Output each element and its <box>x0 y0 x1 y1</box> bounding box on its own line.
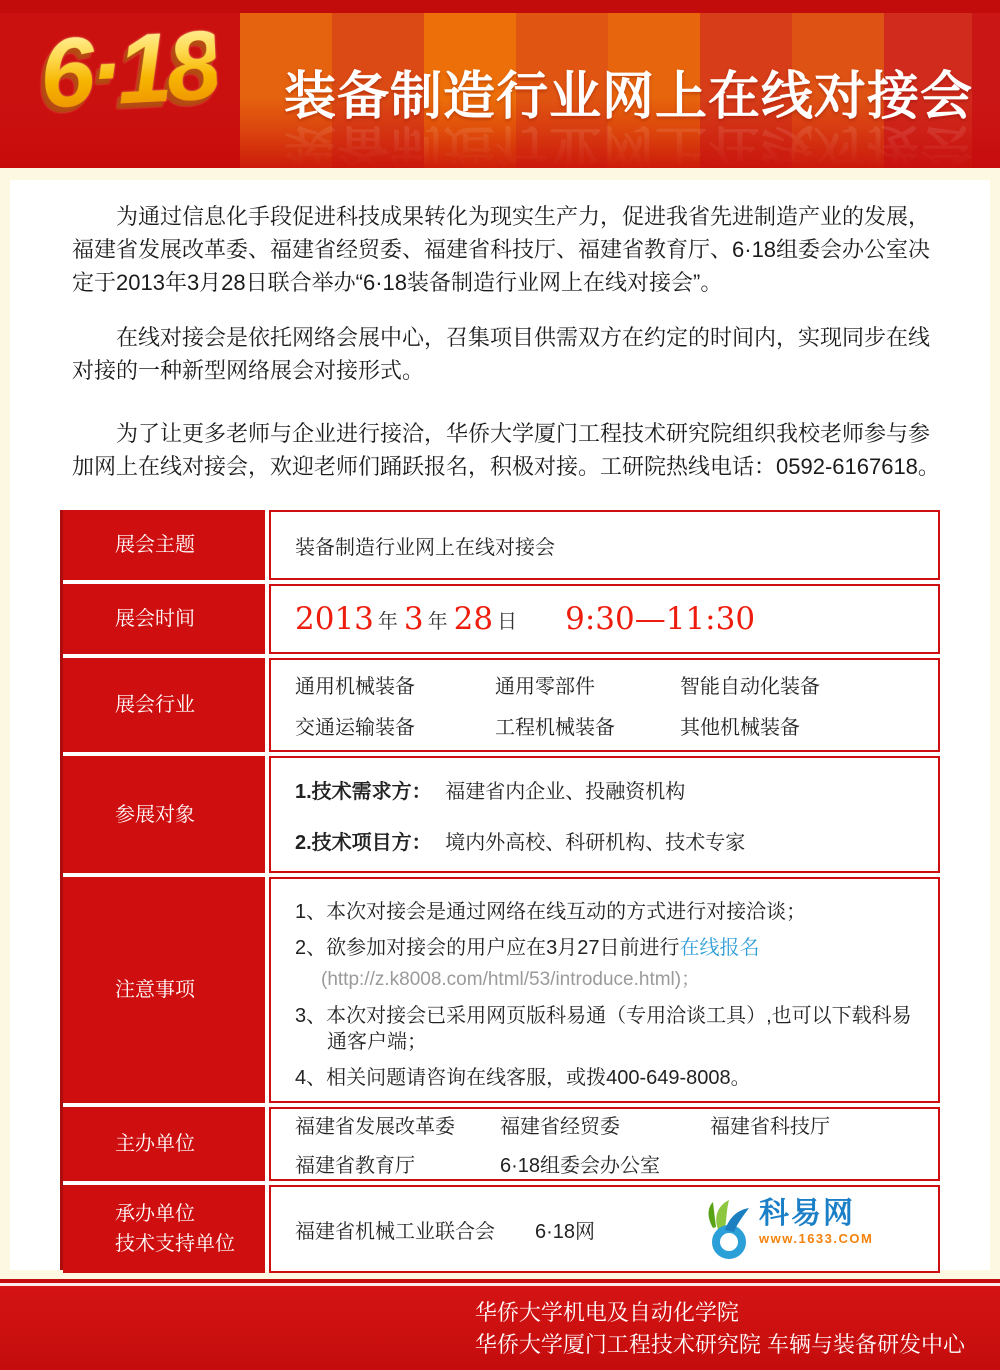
row-value-participants: 1.技术需求方： 福建省内企业、投融资机构 2.技术项目方： 境内外高校、科研机… <box>269 756 940 873</box>
undertaker-item-1: 福建省机械工业联合会 <box>295 1215 535 1244</box>
keyiwang-logo-text: 科易网 www.1633.COM <box>759 1198 873 1246</box>
participant-body-1: 福建省内企业、投融资机构 <box>445 781 685 803</box>
notice-item-2-text: 2、欲参加对接会的用户应在3月27日前进行 <box>295 937 680 959</box>
row-value-notes: 1、本次对接会是通过网络在线互动的方式进行对接洽谈； 2、欲参加对接会的用户应在… <box>269 877 940 1103</box>
table-row-theme: 展会主题 装备制造行业网上在线对接会 <box>63 510 940 580</box>
keyiwang-logo: 科易网 www.1633.COM <box>705 1198 873 1260</box>
event-info-table: 展会主题 装备制造行业网上在线对接会 展会时间 2013 年 3 年 28 日 <box>60 510 940 1273</box>
participant-line-2: 2.技术项目方： 境内外高校、科研机构、技术专家 <box>295 826 938 855</box>
participant-line-1: 1.技术需求方： 福建省内企业、投融资机构 <box>295 775 938 804</box>
header-banner: 装备制造行业网上在线对接会 6·18 装备制造行业网上在线对接会 <box>0 0 1000 168</box>
date-year: 2013 <box>295 601 374 637</box>
table-row-undertaker: 承办单位 技术支持单位 福建省机械工业联合会 6·18网 <box>63 1185 940 1273</box>
footer-line-2: 华侨大学厦门工程技术研究院 车辆与装备研发中心 <box>475 1329 965 1361</box>
table-row-organizers: 主办单位 福建省发展改革委 福建省经贸委 福建省科技厅 福建省教育厅 6·18组… <box>63 1107 940 1181</box>
date-year-unit: 年 <box>378 605 398 634</box>
notice-item-3: 3、本次对接会已采用网页版科易通（专用洽谈工具）,也可以下载科易通客户端； <box>295 1003 918 1055</box>
keyiwang-logo-icon <box>705 1198 755 1260</box>
row-value-industry: 通用机械装备 通用零部件 智能自动化装备 交通运输装备 工程机械装备 其他机械装… <box>269 658 940 752</box>
organizer-item: 福建省经贸委 <box>500 1110 710 1139</box>
intro-paragraph-1: 为通过信息化手段促进科技成果转化为现实生产力，促进我省先进制造产业的发展，福建省… <box>72 200 942 299</box>
content-panel: 为通过信息化手段促进科技成果转化为现实生产力，促进我省先进制造产业的发展，福建省… <box>10 180 990 1270</box>
table-row-industry: 展会行业 通用机械装备 通用零部件 智能自动化装备 交通运输装备 工程机械装备 … <box>63 658 940 752</box>
intro-section: 为通过信息化手段促进科技成果转化为现实生产力，促进我省先进制造产业的发展，福建省… <box>10 180 990 483</box>
date-month-unit: 年 <box>428 605 448 634</box>
organizer-item: 福建省科技厅 <box>710 1110 938 1139</box>
footer-banner: 华侨大学机电及自动化学院 华侨大学厦门工程技术研究院 车辆与装备研发中心 <box>0 1286 1000 1370</box>
industry-item: 通用机械装备 <box>295 670 495 699</box>
participant-head-1: 1.技术需求方： <box>295 781 432 803</box>
row-value-time: 2013 年 3 年 28 日 9:30—11:30 <box>269 584 940 654</box>
organizer-item <box>710 1149 938 1178</box>
table-row-participants: 参展对象 1.技术需求方： 福建省内企业、投融资机构 2.技术项目方： 境内外高… <box>63 756 940 873</box>
undertaker-label-line1: 承办单位 <box>115 1199 265 1229</box>
industry-item: 交通运输装备 <box>295 711 495 740</box>
notice-item-1: 1、本次对接会是通过网络在线互动的方式进行对接洽谈； <box>295 899 918 925</box>
participant-head-2: 2.技术项目方： <box>295 832 432 854</box>
618-gold-logo: 6·18 <box>38 15 219 122</box>
notice-item-4: 4、相关问题请咨询在线客服，或拨400-649-8008。 <box>295 1065 918 1091</box>
row-value-undertaker: 福建省机械工业联合会 6·18网 科易网 www.1633.COM <box>269 1185 940 1273</box>
organizer-item: 6·18组委会办公室 <box>500 1149 710 1178</box>
participant-body-2: 境内外高校、科研机构、技术专家 <box>445 832 745 854</box>
industry-item: 通用零部件 <box>495 670 680 699</box>
row-label-organizers: 主办单位 <box>63 1107 265 1181</box>
organizer-item: 福建省教育厅 <box>295 1149 500 1178</box>
industry-item: 智能自动化装备 <box>680 670 938 699</box>
row-value-theme: 装备制造行业网上在线对接会 <box>269 510 940 580</box>
time-range: 9:30—11:30 <box>565 601 755 637</box>
footer-line-1: 华侨大学机电及自动化学院 <box>475 1297 965 1329</box>
row-label-undertaker: 承办单位 技术支持单位 <box>63 1185 265 1273</box>
row-value-organizers: 福建省发展改革委 福建省经贸委 福建省科技厅 福建省教育厅 6·18组委会办公室 <box>269 1107 940 1181</box>
keyiwang-url: www.1633.COM <box>759 1231 873 1246</box>
row-label-industry: 展会行业 <box>63 658 265 752</box>
row-label-participants: 参展对象 <box>63 756 265 873</box>
organizer-item: 福建省发展改革委 <box>295 1110 500 1139</box>
table-row-notes: 注意事项 1、本次对接会是通过网络在线互动的方式进行对接洽谈； 2、欲参加对接会… <box>63 877 940 1103</box>
keyiwang-name: 科易网 <box>759 1198 873 1230</box>
date-day-unit: 日 <box>497 605 517 634</box>
notice-item-2-url: (http://z.k8008.com/html/53/introduce.ht… <box>321 967 918 993</box>
date-day: 28 <box>454 601 493 637</box>
industry-item: 工程机械装备 <box>495 711 680 740</box>
industry-item: 其他机械装备 <box>680 711 938 740</box>
table-row-time: 展会时间 2013 年 3 年 28 日 9:30—11:30 <box>63 584 940 654</box>
undertaker-item-2: 6·18网 <box>535 1215 685 1244</box>
date-month: 3 <box>404 601 424 637</box>
online-signup-link[interactable]: 在线报名 <box>680 937 760 959</box>
row-label-time: 展会时间 <box>63 584 265 654</box>
page-title: 装备制造行业网上在线对接会 <box>284 54 973 129</box>
row-label-theme: 展会主题 <box>63 510 265 580</box>
footer-text-block: 华侨大学机电及自动化学院 华侨大学厦门工程技术研究院 车辆与装备研发中心 <box>475 1286 1000 1361</box>
poster-page: 装备制造行业网上在线对接会 6·18 装备制造行业网上在线对接会 为通过信息化手… <box>0 0 1000 1370</box>
intro-paragraph-2: 在线对接会是依托网络会展中心，召集项目供需双方在约定的时间内，实现同步在线对接的… <box>72 321 942 387</box>
intro-paragraph-3: 为了让更多老师与企业进行接洽，华侨大学厦门工程技术研究院组织我校老师参与参加网上… <box>72 417 942 483</box>
row-label-notes: 注意事项 <box>63 877 265 1103</box>
notice-item-2: 2、欲参加对接会的用户应在3月27日前进行在线报名 <box>295 935 918 961</box>
undertaker-label-line2: 技术支持单位 <box>115 1229 265 1259</box>
